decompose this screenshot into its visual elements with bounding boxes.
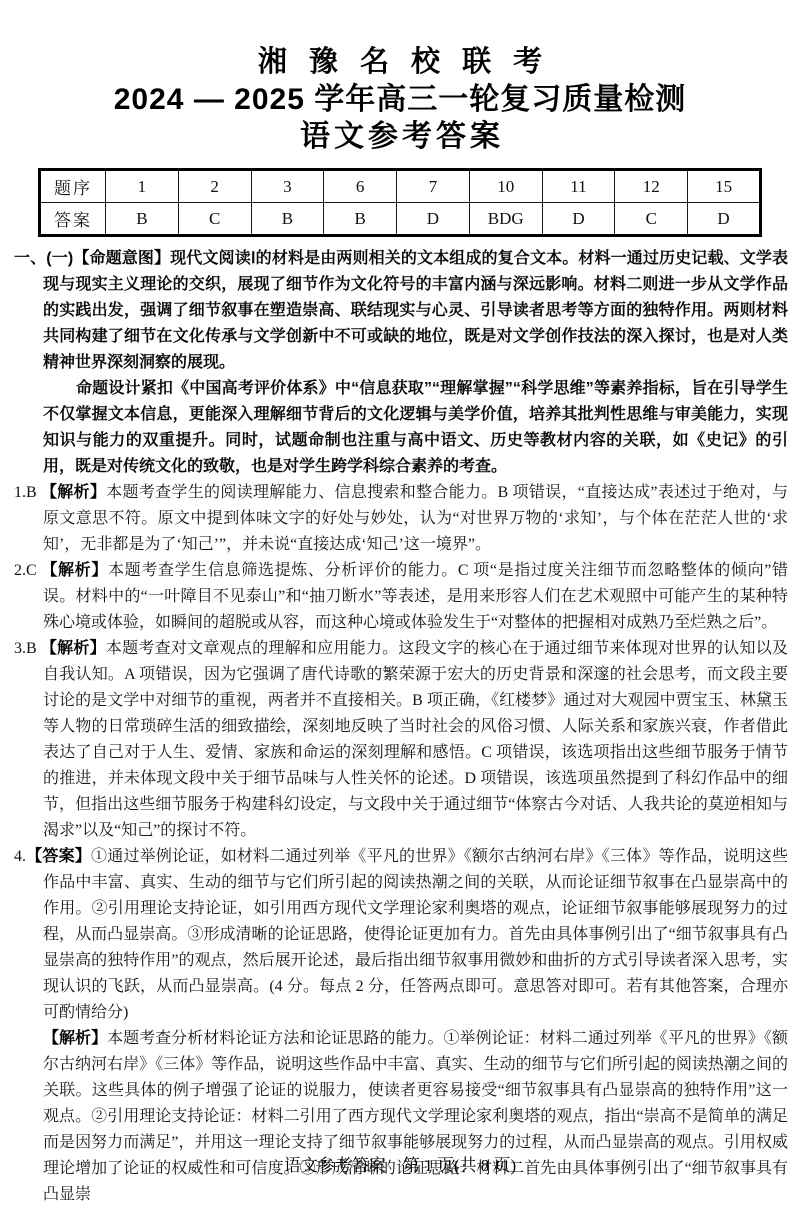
exam-answer-page: 湘 豫 名 校 联 考 2024 — 2025 学年高三一轮复习质量检测 语文参… (0, 0, 800, 1225)
title-block: 湘 豫 名 校 联 考 2024 — 2025 学年高三一轮复习质量检测 语文参… (0, 0, 800, 155)
item-1-analysis-label: 【解析】 (41, 484, 106, 501)
exam-subtitle: 2024 — 2025 学年高三一轮复习质量检测 (0, 82, 800, 118)
question-number-cell: 10 (469, 170, 542, 203)
item-4-analysis-label: 【解析】 (43, 1030, 107, 1047)
answer-cell: B (106, 203, 179, 236)
intent-label: 【命题意图】 (73, 250, 170, 267)
item-4-answer-text: ①通过举例论证，如材料二通过列举《平凡的世界》《额尔古纳河右岸》《三体》等作品，… (43, 848, 788, 1021)
exam-title: 湘 豫 名 校 联 考 (0, 44, 800, 80)
question-number-cell: 6 (324, 170, 397, 203)
page-footer: 语文参考答案 第 1 页(共 8 页) (0, 1151, 800, 1176)
answer-cell: B (251, 203, 324, 236)
question-number-row: 题序 1 2 3 6 7 10 11 12 15 (40, 170, 761, 203)
intent-paragraph-1: 一、(一)【命题意图】现代文阅读Ⅰ的材料是由两则相关的文本组成的复合文本。材料一… (14, 246, 788, 376)
answer-cell: D (397, 203, 470, 236)
item-4-analysis-text: 本题考查分析材料论证方法和论证思路的能力。①举例论证：材料二通过列举《平凡的世界… (43, 1030, 788, 1203)
question-number-cell: 15 (688, 170, 761, 203)
question-row-header: 题序 (40, 170, 106, 203)
item-4-answer: 4.【答案】①通过举例论证，如材料二通过列举《平凡的世界》《额尔古纳河右岸》《三… (14, 844, 788, 1026)
answer-cell: BDG (469, 203, 542, 236)
intent-paragraph-2: 命题设计紧扣《中国高考评价体系》中“信息获取”“理解掌握”“科学思维”等素养指标… (14, 376, 788, 480)
answer-cell: B (324, 203, 397, 236)
question-number-cell: 3 (251, 170, 324, 203)
answer-cell: C (615, 203, 688, 236)
question-number-cell: 1 (106, 170, 179, 203)
item-3-text: 本题考查对文章观点的理解和应用能力。这段文字的核心在于通过细节来体现对世界的认知… (43, 640, 788, 839)
item-4-number: 4. (14, 848, 26, 865)
question-number-cell: 11 (542, 170, 615, 203)
item-3-analysis-label: 【解析】 (41, 640, 106, 657)
item-4-analysis: 【解析】本题考查分析材料论证方法和论证思路的能力。①举例论证：材料二通过列举《平… (14, 1026, 788, 1208)
question-number-cell: 7 (397, 170, 470, 203)
answer-explanations: 一、(一)【命题意图】现代文阅读Ⅰ的材料是由两则相关的文本组成的复合文本。材料一… (14, 246, 788, 1208)
intent-text-1: 现代文阅读Ⅰ的材料是由两则相关的文本组成的复合文本。材料一通过历史记载、文学表现… (43, 250, 788, 371)
item-4-answer-label: 【答案】 (26, 848, 91, 865)
item-2: 2.C 【解析】本题考查学生信息筛选提炼、分析评价的能力。C 项“是指过度关注细… (14, 558, 788, 636)
question-number-cell: 12 (615, 170, 688, 203)
answer-cell: D (688, 203, 761, 236)
item-3: 3.B 【解析】本题考查对文章观点的理解和应用能力。这段文字的核心在于通过细节来… (14, 636, 788, 844)
answer-key-title: 语文参考答案 (0, 119, 800, 155)
item-2-number: 2.C (14, 562, 41, 579)
item-2-text: 本题考查学生信息筛选提炼、分析评价的能力。C 项“是指过度关注细节而忽略整体的倾… (43, 562, 788, 631)
item-1: 1.B 【解析】本题考查学生的阅读理解能力、信息搜索和整合能力。B 项错误，“直… (14, 480, 788, 558)
answer-row: 答案 B C B B D BDG D C D (40, 203, 761, 236)
answer-cell: C (178, 203, 251, 236)
item-1-number: 1.B (14, 484, 41, 501)
section-prefix: 一、(一) (14, 250, 73, 267)
item-3-number: 3.B (14, 640, 41, 657)
item-1-text: 本题考查学生的阅读理解能力、信息搜索和整合能力。B 项错误，“直接达成”表述过于… (43, 484, 788, 553)
item-2-analysis-label: 【解析】 (41, 562, 108, 579)
page-number-text: 语文参考答案 第 1 页(共 8 页) (284, 1156, 516, 1175)
answer-cell: D (542, 203, 615, 236)
answer-table: 题序 1 2 3 6 7 10 11 12 15 答案 B C B B D BD… (38, 168, 762, 237)
question-number-cell: 2 (178, 170, 251, 203)
answer-row-header: 答案 (40, 203, 106, 236)
